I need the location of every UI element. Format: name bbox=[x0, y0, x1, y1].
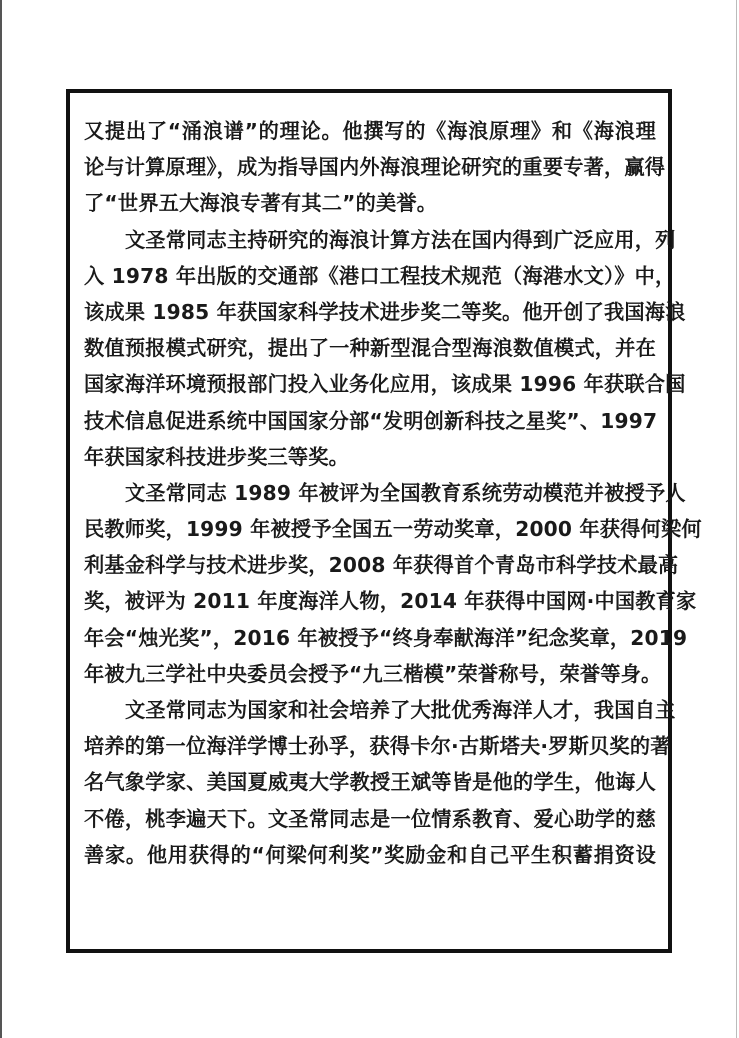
text-line: 入 1978 年出版的交通部《港口工程技术规范（海港水文）》中， bbox=[84, 258, 656, 294]
text-line: 技术信息促进系统中国国家分部“发明创新科技之星奖”、1997 bbox=[84, 403, 656, 439]
text-line: 国家海洋环境预报部门投入业务化应用，该成果 1996 年获联合国 bbox=[84, 366, 656, 402]
text-line: 文圣常同志 1989 年被评为全国教育系统劳动模范并被授予人 bbox=[84, 475, 656, 511]
text-line: 年获国家科技进步奖三等奖。 bbox=[84, 439, 656, 475]
page-edge-right bbox=[736, 0, 737, 1038]
text-line: 善家。他用获得的“何梁何利奖”奖励金和自己平生积蓄捐资设 bbox=[84, 837, 656, 873]
document-body: 又提出了“涌浪谱”的理论。他撰写的《海浪原理》和《海浪理 论与计算原理》，成为指… bbox=[84, 113, 656, 873]
text-line: 论与计算原理》，成为指导国内外海浪理论研究的重要专著，赢得 bbox=[84, 149, 656, 185]
paragraph: 又提出了“涌浪谱”的理论。他撰写的《海浪原理》和《海浪理 论与计算原理》，成为指… bbox=[84, 113, 656, 222]
text-line: 名气象学家、美国夏威夷大学教授王斌等皆是他的学生，他诲人 bbox=[84, 764, 656, 800]
paragraph: 文圣常同志为国家和社会培养了大批优秀海洋人才，我国自主 培养的第一位海洋学博士孙… bbox=[84, 692, 656, 873]
paragraph: 文圣常同志主持研究的海浪计算方法在国内得到广泛应用，列 入 1978 年出版的交… bbox=[84, 222, 656, 475]
text-line: 利基金科学与技术进步奖，2008 年获得首个青岛市科学技术最高 bbox=[84, 547, 656, 583]
text-line: 年被九三学社中央委员会授予“九三楷模”荣誉称号，荣誉等身。 bbox=[84, 656, 656, 692]
text-line: 数值预报模式研究，提出了一种新型混合型海浪数值模式，并在 bbox=[84, 330, 656, 366]
page-edge-left bbox=[0, 0, 2, 1038]
paragraph: 文圣常同志 1989 年被评为全国教育系统劳动模范并被授予人 民教师奖，1999… bbox=[84, 475, 656, 692]
text-line: 文圣常同志主持研究的海浪计算方法在国内得到广泛应用，列 bbox=[84, 222, 656, 258]
text-line: 年会“烛光奖”，2016 年被授予“终身奉献海洋”纪念奖章，2019 bbox=[84, 620, 656, 656]
text-line: 不倦，桃李遍天下。文圣常同志是一位情系教育、爱心助学的慈 bbox=[84, 801, 656, 837]
text-line: 文圣常同志为国家和社会培养了大批优秀海洋人才，我国自主 bbox=[84, 692, 656, 728]
text-line: 民教师奖，1999 年被授予全国五一劳动奖章，2000 年获得何梁何 bbox=[84, 511, 656, 547]
text-line: 奖，被评为 2011 年度海洋人物，2014 年获得中国网·中国教育家 bbox=[84, 583, 656, 619]
text-line: 该成果 1985 年获国家科学技术进步奖二等奖。他开创了我国海浪 bbox=[84, 294, 656, 330]
text-line: 了“世界五大海浪专著有其二”的美誉。 bbox=[84, 185, 656, 221]
text-line: 培养的第一位海洋学博士孙孚，获得卡尔·古斯塔夫·罗斯贝奖的著 bbox=[84, 728, 656, 764]
text-line: 又提出了“涌浪谱”的理论。他撰写的《海浪原理》和《海浪理 bbox=[84, 113, 656, 149]
